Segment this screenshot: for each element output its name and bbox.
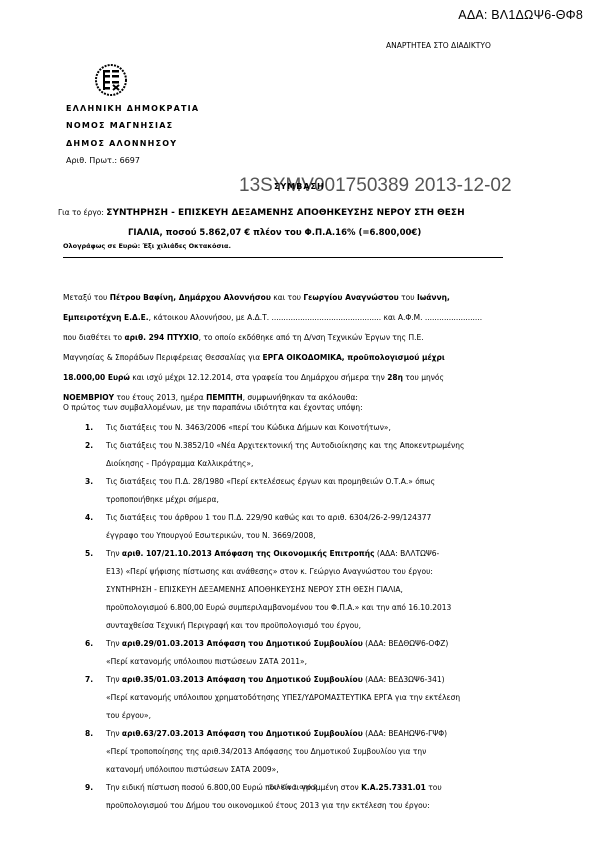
- protocol-number: Αριθ. Πρωτ.: 6697: [66, 156, 140, 165]
- list-item-number: 4.: [85, 509, 93, 527]
- posting-note: ΑΝΑΡΤΗΤΕΑ ΣΤΟ ΔΙΑΔΙΚΤΥΟ: [386, 41, 491, 50]
- bold-text: αριθ.63/27.03.2013 Απόφαση του Δημοτικού…: [122, 729, 363, 738]
- bold-text: ΠΕΜΠΤΗ: [206, 393, 243, 402]
- text: (ΑΔΑ: ΒΕΑΗΩΨ6-ΓΨΦ): [363, 729, 447, 738]
- divider-line: [63, 257, 503, 258]
- bold-text: 28η: [387, 373, 403, 382]
- list-item-line: του έργου»,: [106, 707, 510, 725]
- text: Ε13) «Περί ψήφισης πίστωσης και ανάθεσης…: [106, 567, 433, 576]
- text: του: [399, 293, 417, 302]
- text: προϋπολογισμού 6.800,00 Ευρώ συμπεριλαμβ…: [106, 603, 451, 612]
- list-item-line: Την αριθ.35/01.03.2013 Απόφαση του Δημοτ…: [106, 671, 510, 689]
- list-item-line: συνταχθείσα Τεχνική Περιγραφή και τον πρ…: [106, 617, 510, 635]
- org-line-prefecture: ΝΟΜΟΣ ΜΑΓΝΗΣΙΑΣ: [66, 121, 173, 130]
- list-item-number: 2.: [85, 437, 93, 455]
- list-item: 5.Την αριθ. 107/21.10.2013 Απόφαση της Ο…: [63, 545, 510, 635]
- list-item-number: 8.: [85, 725, 93, 743]
- list-item-line: Ε13) «Περί ψήφισης πίστωσης και ανάθεσης…: [106, 563, 510, 581]
- greek-coat-of-arms-icon: [94, 62, 128, 98]
- org-line-municipality: ΔΗΜΟΣ ΑΛΟΝΝΗΣΟΥ: [66, 139, 177, 148]
- text: του έργου»,: [106, 711, 151, 720]
- text: , κάτοικου Αλοννήσου, με Α.Δ.Τ. ........…: [149, 313, 482, 322]
- text: που διαθέτει το: [63, 333, 125, 342]
- text: του: [426, 783, 442, 792]
- document-title: ΣΥΜΒΑΣΗ: [274, 182, 325, 191]
- text: κατανομή υπόλοιπου πιστώσεων ΣΑΤΑ 2009»,: [106, 765, 279, 774]
- page-footer: Σελίδα 1 από 2: [269, 783, 318, 791]
- list-item-number: 6.: [85, 635, 93, 653]
- text: Διοίκησης - Πρόγραμμα Καλλικράτης»,: [106, 459, 253, 468]
- paragraph-line: Μεταξύ του Πέτρου Βαφίνη, Δημάρχου Αλονν…: [63, 288, 510, 308]
- paragraph-line: Εμπειροτέχνη Ε.Δ.Ε., κάτοικου Αλοννήσου,…: [63, 308, 510, 328]
- paragraph-line: Μαγνησίας & Σποράδων Περιφέρειας Θεσσαλί…: [63, 348, 510, 368]
- text: , το οποίο εκδόθηκε από τη Δ/νση Τεχνικώ…: [199, 333, 424, 342]
- text: Μεταξύ του: [63, 293, 110, 302]
- bold-text: αριθ.29/01.03.2013 Απόφαση του Δημοτικού…: [122, 639, 363, 648]
- list-item: 6.Την αριθ.29/01.03.2013 Απόφαση του Δημ…: [63, 635, 510, 671]
- paragraph-line: 18.000,00 Ευρώ και ισχύ μέχρι 12.12.2014…: [63, 368, 510, 388]
- list-item-line: ΣΥΝΤΗΡΗΣΗ - ΕΠΙΣΚΕΥΗ ΔΕΞΑΜΕΝΗΣ ΑΠΟΘΗΚΕΥΣ…: [106, 581, 510, 599]
- list-item: 7.Την αριθ.35/01.03.2013 Απόφαση του Δημ…: [63, 671, 510, 725]
- list-item: 8.Την αριθ.63/27.03.2013 Απόφαση του Δημ…: [63, 725, 510, 779]
- text: τροποποιήθηκε μέχρι σήμερα,: [106, 495, 219, 504]
- list-item-line: Την αριθ. 107/21.10.2013 Απόφαση της Οικ…: [106, 545, 510, 563]
- bold-text: αριθ. 294 ΠΤΥΧΙΟ: [125, 333, 199, 342]
- text: ΣΥΝΤΗΡΗΣΗ - ΕΠΙΣΚΕΥΗ ΔΕΞΑΜΕΝΗΣ ΑΠΟΘΗΚΕΥΣ…: [106, 585, 403, 594]
- list-item: 4.Τις διατάξεις του άρθρου 1 του Π.Δ. 22…: [63, 509, 510, 545]
- list-item-line: Την αριθ.63/27.03.2013 Απόφαση του Δημοτ…: [106, 725, 510, 743]
- list-item-line: προϋπολογισμού 6.800,00 Ευρώ συμπεριλαμβ…: [106, 599, 510, 617]
- text: Την: [106, 675, 122, 684]
- list-item: 1.Τις διατάξεις του Ν. 3463/2006 «περί τ…: [63, 419, 510, 437]
- list-item-line: Τις διατάξεις του Ν.3852/10 «Νέα Αρχιτεκ…: [106, 437, 510, 455]
- list-item-number: 3.: [85, 473, 93, 491]
- subject-title: ΣΥΝΤΗΡΗΣΗ - ΕΠΙΣΚΕΥΗ ΔΕΞΑΜΕΝΗΣ ΑΠΟΘΗΚΕΥΣ…: [106, 208, 464, 218]
- list-item-line: προϋπολογισμού του Δήμου του οικονομικού…: [106, 797, 510, 815]
- text: Τις διατάξεις του Ν. 3463/2006 «περί του…: [106, 423, 391, 432]
- list-item-line: Τις διατάξεις του άρθρου 1 του Π.Δ. 229/…: [106, 509, 510, 527]
- bold-text: Ιωάννη,: [417, 293, 450, 302]
- text: Τις διατάξεις του Π.Δ. 28/1980 «Περί εκτ…: [106, 477, 435, 486]
- subject-line-2: ΓΙΑΛΙΑ, ποσού 5.862,07 € πλέον του Φ.Π.Α…: [128, 228, 421, 238]
- text: Τις διατάξεις του Ν.3852/10 «Νέα Αρχιτεκ…: [106, 441, 464, 450]
- text: συνταχθείσα Τεχνική Περιγραφή και τον πρ…: [106, 621, 361, 630]
- subject-label: Για το έργο:: [58, 208, 106, 217]
- text: και ισχύ μέχρι 12.12.2014, στα γραφεία τ…: [130, 373, 387, 382]
- list-item: 3.Τις διατάξεις του Π.Δ. 28/1980 «Περί ε…: [63, 473, 510, 509]
- list-item-line: «Περί κατανομής υπόλοιπου χρηματοδότησης…: [106, 689, 510, 707]
- text: Την ειδική πίστωση ποσού 6.800,00 Ευρώ π…: [106, 783, 361, 792]
- text: (ΑΔΑ: ΒΕΔ3ΩΨ6-341): [363, 675, 445, 684]
- text: έγγραφο του Υπουργού Εσωτερικών, του Ν. …: [106, 531, 316, 540]
- text: , συμφωνήθηκαν τα ακόλουθα:: [243, 393, 358, 402]
- list-item-line: «Περί τροποποίησης της αριθ.34/2013 Απόφ…: [106, 743, 510, 761]
- list-item-line: Τις διατάξεις του Π.Δ. 28/1980 «Περί εκτ…: [106, 473, 510, 491]
- text: Τις διατάξεις του άρθρου 1 του Π.Δ. 229/…: [106, 513, 431, 522]
- amount-in-words: Ολογράφως σε Ευρώ: Έξι χιλιάδες Οκτακόσι…: [63, 242, 231, 250]
- text: του έτους 2013, ημέρα: [114, 393, 206, 402]
- bold-text: αριθ. 107/21.10.2013 Απόφαση της Οικονομ…: [122, 549, 375, 558]
- text: του μηνός: [403, 373, 444, 382]
- list-item-line: κατανομή υπόλοιπου πιστώσεων ΣΑΤΑ 2009»,: [106, 761, 510, 779]
- ada-code: ΑΔΑ: ΒΛ1ΔΩΨ6-ΘΦ8: [458, 8, 583, 22]
- text: Μαγνησίας & Σποράδων Περιφέρειας Θεσσαλί…: [63, 353, 263, 362]
- bold-text: ΕΡΓΑ ΟΙΚΟΔΟΜΙΚΑ, προϋπολογισμού μέχρι: [263, 353, 445, 362]
- text: (ΑΔΑ: ΒΛΛΤΩΨ6-: [375, 549, 440, 558]
- list-item-line: Την αριθ.29/01.03.2013 Απόφαση του Δημοτ…: [106, 635, 510, 653]
- text: Την: [106, 729, 122, 738]
- list-item-line: Τις διατάξεις του Ν. 3463/2006 «περί του…: [106, 419, 510, 437]
- subject-line-1: Για το έργο: ΣΥΝΤΗΡΗΣΗ - ΕΠΙΣΚΕΥΗ ΔΕΞΑΜΕ…: [58, 208, 465, 218]
- org-line-republic: ΕΛΛΗΝΙΚΗ ΔΗΜΟΚΡΑΤΙΑ: [66, 104, 199, 113]
- list-item-line: τροποποιήθηκε μέχρι σήμερα,: [106, 491, 510, 509]
- list-item-line: «Περί κατανομής υπόλοιπου πιστώσεων ΣΑΤΑ…: [106, 653, 510, 671]
- bold-text: Εμπειροτέχνη Ε.Δ.Ε.: [63, 313, 149, 322]
- considerations-list: 1.Τις διατάξεις του Ν. 3463/2006 «περί τ…: [63, 419, 510, 815]
- bold-text: Κ.Α.25.7331.01: [361, 783, 426, 792]
- text: Την: [106, 639, 122, 648]
- text: (ΑΔΑ: ΒΕΔΘΩΨ6-ΟΦΖ): [363, 639, 449, 648]
- text: και του: [271, 293, 304, 302]
- bold-text: Πέτρου Βαφίνη, Δημάρχου Αλοννήσου: [110, 293, 271, 302]
- list-item-line: Διοίκησης - Πρόγραμμα Καλλικράτης»,: [106, 455, 510, 473]
- list-item-number: 9.: [85, 779, 93, 797]
- bold-text: αριθ.35/01.03.2013 Απόφαση του Δημοτικού…: [122, 675, 363, 684]
- list-item: 2.Τις διατάξεις του Ν.3852/10 «Νέα Αρχιτ…: [63, 437, 510, 473]
- text: «Περί κατανομής υπόλοιπου χρηματοδότησης…: [106, 693, 460, 702]
- paragraph-line: που διαθέτει το αριθ. 294 ΠΤΥΧΙΟ, το οπο…: [63, 328, 510, 348]
- text: προϋπολογισμού του Δήμου του οικονομικού…: [106, 801, 430, 810]
- intro-line: Ο πρώτος των συμβαλλομένων, με την παραπ…: [63, 403, 363, 412]
- text: «Περί τροποποίησης της αριθ.34/2013 Απόφ…: [106, 747, 426, 756]
- bold-text: ΝΟΕΜΒΡΙΟΥ: [63, 393, 114, 402]
- list-item-line: έγγραφο του Υπουργού Εσωτερικών, του Ν. …: [106, 527, 510, 545]
- list-item-number: 5.: [85, 545, 93, 563]
- list-item-number: 7.: [85, 671, 93, 689]
- text: Την: [106, 549, 122, 558]
- bold-text: Γεωργίου Αναγνώστου: [303, 293, 398, 302]
- list-item-number: 1.: [85, 419, 93, 437]
- text: «Περί κατανομής υπόλοιπου πιστώσεων ΣΑΤΑ…: [106, 657, 307, 666]
- bold-text: 18.000,00 Ευρώ: [63, 373, 130, 382]
- parties-paragraph: Μεταξύ του Πέτρου Βαφίνη, Δημάρχου Αλονν…: [63, 288, 510, 408]
